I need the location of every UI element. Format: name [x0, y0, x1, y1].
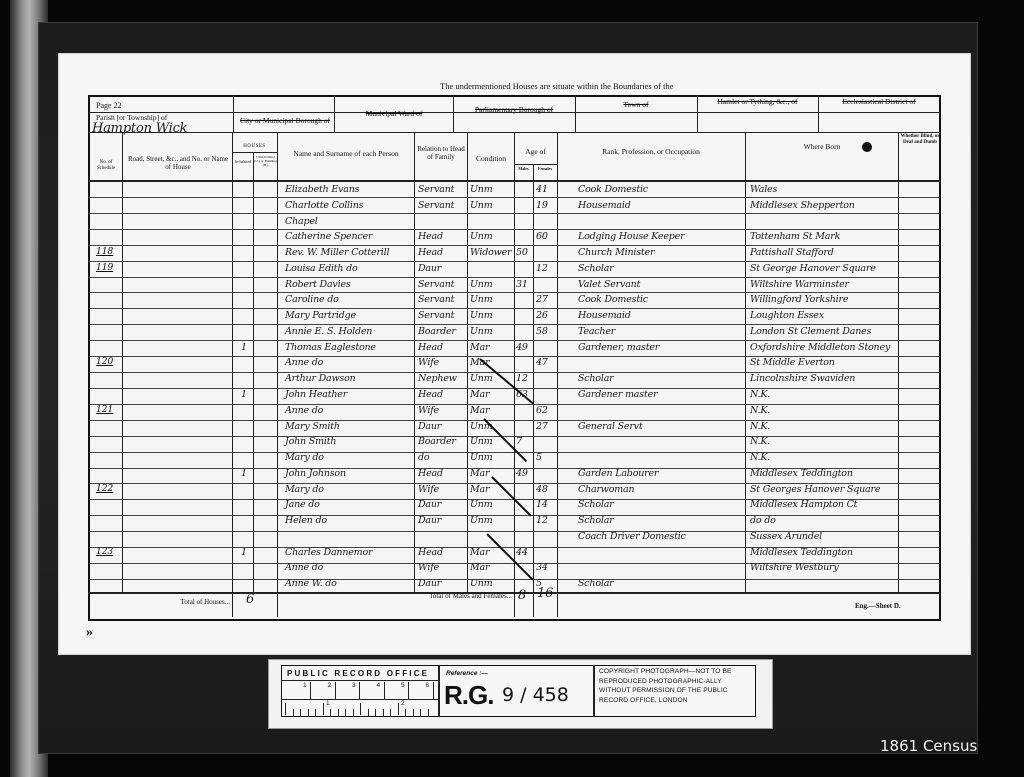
birthplace: Wales: [750, 184, 777, 195]
marital-condition: Unm: [470, 184, 493, 195]
relation-to-head: Head: [418, 231, 443, 242]
birthplace: Oxfordshire Middleton Stoney: [750, 342, 890, 353]
female-age: 58: [536, 326, 548, 337]
occupation: Housemaid: [578, 310, 631, 321]
birthplace: Middlesex Hampton Ct: [750, 499, 857, 510]
relation-to-head: Servant: [418, 310, 454, 321]
col-road: Road, Street, &c., and No. or Name of Ho…: [127, 155, 229, 171]
occupation: Scholar: [578, 373, 614, 384]
rule: [593, 665, 595, 717]
occupation: Gardener, master: [578, 342, 659, 353]
rule: [281, 699, 438, 700]
town-label: Town of: [580, 101, 692, 110]
municipal-ward-label: Municipal Ward of: [340, 110, 448, 119]
ruler-tick: [360, 703, 361, 715]
occupation: Scholar: [578, 499, 614, 510]
ruler-tick: [390, 709, 391, 716]
person-name: Arthur Dawson: [285, 373, 356, 384]
birthplace: Middlesex Shepperton: [750, 200, 855, 211]
relation-to-head: Servant: [418, 200, 454, 211]
female-age: 47: [536, 357, 548, 368]
rule: [334, 95, 335, 132]
copyright-notice: COPYRIGHT PHOTOGRAPH—NOT TO BE REPRODUCE…: [599, 667, 751, 705]
marital-condition: Mar: [470, 405, 489, 416]
rule: [281, 680, 438, 681]
schedule-number: 118: [96, 247, 113, 257]
relation-to-head: Head: [418, 342, 443, 353]
col-age: Age of: [514, 148, 557, 157]
birthplace: Wiltshire Westbury: [750, 562, 839, 573]
ruler-tick: [353, 709, 354, 716]
occupation: Gardener master: [578, 389, 657, 400]
total-females-value: 16: [537, 586, 553, 601]
ruler-number: 4: [377, 682, 381, 689]
marital-condition: Unm: [470, 294, 493, 305]
relation-to-head: Wife: [418, 357, 439, 368]
occupation: Scholar: [578, 263, 614, 274]
relation-to-head: Servant: [418, 294, 454, 305]
col-occupation: Rank, Profession, or Occupation: [560, 148, 742, 157]
rule: [232, 132, 233, 617]
occupation: Charwoman: [578, 484, 634, 495]
row-rule: [88, 452, 941, 453]
col-where-born: Where Born: [748, 143, 896, 152]
birthplace: N.K.: [750, 389, 770, 400]
relation-to-head: Wife: [418, 405, 439, 416]
col-houses: HOUSES: [232, 144, 277, 150]
col-females: Females: [533, 167, 557, 172]
person-name: Anne do: [285, 405, 323, 416]
relation-to-head: Wife: [418, 562, 439, 573]
birthplace: do do: [750, 515, 776, 526]
row-rule: [88, 308, 941, 309]
row-rule: [88, 261, 941, 262]
marital-condition: Unm: [470, 279, 493, 290]
ruler-tick: [420, 709, 421, 716]
ruler-tick: [345, 709, 346, 716]
row-rule: [88, 245, 941, 246]
birthplace: Lincolnshire Swaviden: [750, 373, 855, 384]
col-uninhabited: Unin-habited (U.) or Building (B.): [254, 155, 277, 167]
inhabited-mark: 1: [241, 389, 247, 400]
rule: [557, 132, 558, 617]
person-name: Charlotte Collins: [285, 200, 363, 211]
relation-to-head: Head: [418, 547, 443, 558]
marital-condition: Unm: [470, 326, 493, 337]
row-rule: [88, 229, 941, 230]
schedule-number: 120: [96, 357, 113, 367]
ruler-number: 2: [328, 682, 332, 689]
ruler-tick: [315, 709, 316, 716]
marital-condition: Unm: [470, 515, 493, 526]
ruler-number: 1: [326, 700, 330, 707]
birthplace: London St Clement Danes: [750, 326, 871, 337]
male-age: 49: [516, 468, 528, 479]
person-name: John Heather: [285, 389, 347, 400]
ruler-number: 5: [401, 682, 405, 689]
person-name: Anne do: [285, 562, 323, 573]
birthplace: Loughton Essex: [750, 310, 824, 321]
row-rule: [88, 197, 941, 198]
schedule-number: 122: [96, 484, 113, 494]
marital-condition: Mar: [470, 562, 489, 573]
birthplace: Middlesex Teddington: [750, 547, 853, 558]
rule: [818, 95, 819, 132]
rule: [697, 95, 698, 132]
marital-condition: Unm: [470, 499, 493, 510]
schedule-number: 121: [96, 405, 113, 415]
row-rule: [88, 579, 941, 580]
person-name: Jane do: [285, 499, 320, 510]
schedule-number: 123: [96, 547, 113, 557]
ruler-tick: [285, 703, 286, 715]
person-name: John Smith: [285, 436, 336, 447]
ecclesiastical-district-label: Ecclesiastical District of: [820, 98, 938, 107]
rule: [122, 132, 123, 592]
person-name: Louisa Edith do: [285, 263, 358, 274]
occupation: Lodging House Keeper: [578, 231, 684, 242]
person-name: John Johnson: [285, 468, 346, 479]
relation-to-head: Boarder: [418, 326, 456, 337]
page-mark: »: [86, 625, 93, 641]
ruler-tick: [300, 709, 301, 716]
ruler-number: 2: [401, 700, 405, 707]
relation-to-head: Head: [418, 389, 443, 400]
marital-condition: Unm: [470, 373, 493, 384]
marital-condition: Unm: [470, 578, 493, 589]
ruler-tick: [359, 682, 360, 699]
rule: [467, 132, 468, 592]
marital-condition: Unm: [470, 310, 493, 321]
rule: [533, 164, 534, 617]
birthplace: Pattishall Stafford: [750, 247, 834, 258]
ruler-tick: [330, 709, 331, 716]
ruler-tick: [368, 709, 369, 716]
rule: [514, 132, 515, 617]
ruler-number: 1: [303, 682, 307, 689]
person-name: Chapel: [285, 216, 318, 227]
row-rule: [88, 213, 941, 214]
col-relation: Relation to Head of Family: [416, 145, 466, 161]
male-age: 7: [516, 436, 522, 447]
rule: [453, 95, 454, 132]
row-rule: [88, 420, 941, 421]
person-name: Elizabeth Evans: [285, 184, 359, 195]
ruler-tick: [335, 682, 336, 699]
person-name: Mary do: [285, 484, 324, 495]
marital-condition: Unm: [470, 200, 493, 211]
relation-to-head: do: [418, 452, 429, 463]
person-name: Mary Smith: [285, 421, 340, 432]
rule: [233, 95, 234, 132]
occupation: Cook Domestic: [578, 294, 648, 305]
row-rule: [88, 292, 941, 293]
col-inhabited: In-habited: [233, 160, 253, 165]
person-name: Thomas Eaglestone: [285, 342, 376, 353]
page-label: Page 22: [96, 101, 122, 110]
row-rule: [88, 515, 941, 516]
marital-condition: Unm: [470, 231, 493, 242]
birthplace: Sussex Arundel: [750, 531, 822, 542]
birthplace: N.K.: [750, 405, 770, 416]
total-houses-value: 6: [246, 592, 254, 607]
rule: [898, 132, 899, 592]
relation-to-head: Daur: [418, 515, 441, 526]
ruler-tick: [384, 682, 385, 699]
marital-condition: Mar: [470, 389, 489, 400]
col-blind-deaf: Whether Blind, or Deaf and Dumb: [900, 134, 940, 146]
ruler-number: 3: [352, 682, 356, 689]
relation-to-head: Servant: [418, 184, 454, 195]
ruler-tick: [405, 709, 406, 716]
form-heading: The undermentioned Houses are situate wi…: [440, 81, 673, 91]
ruler-tick: [398, 703, 399, 715]
row-rule: [88, 340, 941, 341]
person-name: Mary do: [285, 452, 324, 463]
image-caption: 1861 Census: [880, 737, 977, 755]
female-age: 60: [536, 231, 548, 242]
archive-office: PUBLIC RECORD OFFICE: [287, 669, 429, 678]
reference-number: 9 / 458: [502, 684, 569, 706]
ruler-tick: [383, 709, 384, 716]
reference-label: Reference :—: [446, 670, 488, 677]
ruler-tick: [338, 709, 339, 716]
relation-to-head: Servant: [418, 279, 454, 290]
parish-value: Hampton Wick: [92, 121, 187, 136]
rule: [277, 132, 278, 617]
person-name: Charles Dannemor: [285, 547, 372, 558]
occupation: Scholar: [578, 515, 614, 526]
punch-hole-mark: [862, 142, 872, 152]
person-name: Annie E. S. Holden: [285, 326, 372, 337]
row-rule: [88, 436, 941, 437]
total-houses-label: Total of Houses...: [150, 598, 230, 606]
person-name: Mary Partridge: [285, 310, 356, 321]
birthplace: Tottenham St Mark: [750, 231, 840, 242]
relation-to-head: Nephew: [418, 373, 457, 384]
person-name: Anne do: [285, 357, 323, 368]
birthplace: N.K.: [750, 421, 770, 432]
rule: [438, 665, 440, 717]
relation-to-head: Daur: [418, 263, 441, 274]
occupation: Cook Domestic: [578, 184, 648, 195]
relation-to-head: Daur: [418, 578, 441, 589]
municipal-borough-label: City or Municipal Borough of: [240, 117, 330, 126]
occupation: General Servt: [578, 421, 642, 432]
inhabited-mark: 1: [241, 547, 247, 558]
female-age: 41: [536, 184, 548, 195]
total-persons-label: Total of Males and Females...: [380, 592, 512, 600]
reference-prefix: R.G.: [444, 680, 493, 711]
birthplace: Middlesex Teddington: [750, 468, 853, 479]
birthplace: Wiltshire Warminster: [750, 279, 849, 290]
ruler-tick: [308, 709, 309, 716]
relation-to-head: Boarder: [418, 436, 456, 447]
ruler-tick: [375, 709, 376, 716]
person-name: Robert Davies: [285, 279, 351, 290]
marital-condition: Widower: [470, 247, 511, 258]
male-age: 49: [516, 342, 528, 353]
occupation: Housemaid: [578, 200, 631, 211]
relation-to-head: Wife: [418, 484, 439, 495]
row-rule: [88, 324, 941, 325]
occupation: Valet Servant: [578, 279, 640, 290]
marital-condition: Mar: [470, 484, 489, 495]
male-age: 50: [516, 247, 528, 258]
ruler-tick: [413, 709, 414, 716]
schedule-number: 119: [96, 263, 113, 273]
birthplace: N.K.: [750, 436, 770, 447]
col-schedule: No. of Schedule: [91, 160, 121, 172]
female-age: 19: [536, 200, 548, 211]
birthplace: St Middle Everton: [750, 357, 835, 368]
relation-to-head: Head: [418, 247, 443, 258]
female-age: 12: [536, 515, 548, 526]
birthplace: St George Hanover Square: [750, 263, 876, 274]
rule: [745, 132, 746, 592]
hamlet-label: Hamlet or Tything, &c., of: [700, 98, 815, 107]
rule: [232, 152, 277, 153]
rule: [88, 592, 941, 594]
rule: [514, 164, 557, 165]
col-condition: Condition: [468, 155, 514, 164]
female-age: 5: [536, 452, 542, 463]
male-age: 31: [516, 279, 528, 290]
birthplace: N.K.: [750, 452, 770, 463]
person-name: Helen do: [285, 515, 327, 526]
ruler-tick: [408, 682, 409, 699]
marital-condition: Mar: [470, 547, 489, 558]
female-age: 14: [536, 499, 548, 510]
marital-condition: Mar: [470, 468, 489, 479]
male-age: 12: [516, 373, 528, 384]
birthplace: Willingford Yorkshire: [750, 294, 848, 305]
occupation: Scholar: [578, 578, 614, 589]
female-age: 34: [536, 562, 548, 573]
ruler-number: 6: [426, 682, 430, 689]
male-age: 44: [516, 547, 528, 558]
occupation: Teacher: [578, 326, 615, 337]
ruler-tick: [293, 709, 294, 716]
female-age: 27: [536, 421, 548, 432]
female-age: 62: [536, 405, 548, 416]
row-rule: [88, 277, 941, 278]
ruler-tick: [323, 703, 324, 715]
female-age: 12: [536, 263, 548, 274]
occupation: Garden Labourer: [578, 468, 658, 479]
female-age: 27: [536, 294, 548, 305]
rule: [414, 132, 415, 592]
person-name: Anne W. do: [285, 578, 337, 589]
person-name: Catherine Spencer: [285, 231, 372, 242]
marital-condition: Mar: [470, 342, 489, 353]
birthplace: St Georges Hanover Square: [750, 484, 880, 495]
total-males-value: 8: [518, 588, 526, 603]
marital-condition: Unm: [470, 452, 493, 463]
occupation: Coach Driver Domestic: [578, 531, 686, 542]
relation-to-head: Daur: [418, 421, 441, 432]
col-name: Name and Surname of each Person: [281, 150, 411, 159]
ruler-tick: [428, 709, 429, 716]
relation-to-head: Daur: [418, 499, 441, 510]
inhabited-mark: 1: [241, 468, 247, 479]
occupation: Church Minister: [578, 247, 654, 258]
relation-to-head: Head: [418, 468, 443, 479]
person-name: Rev. W. Miller Cotterill: [285, 247, 389, 258]
person-name: Caroline do: [285, 294, 339, 305]
ruler-tick: [310, 682, 311, 699]
female-age: 26: [536, 310, 548, 321]
row-rule: [88, 404, 941, 405]
marital-condition: Unm: [470, 436, 493, 447]
female-age: 48: [536, 484, 548, 495]
parliamentary-borough-label: Parliamentary Borough of: [456, 106, 572, 115]
ruler-tick: [433, 682, 434, 699]
inhabited-mark: 1: [241, 342, 247, 353]
rule: [575, 95, 576, 132]
sheet-mark: Eng.—Sheet D.: [855, 602, 901, 610]
col-males: Males: [514, 167, 533, 172]
